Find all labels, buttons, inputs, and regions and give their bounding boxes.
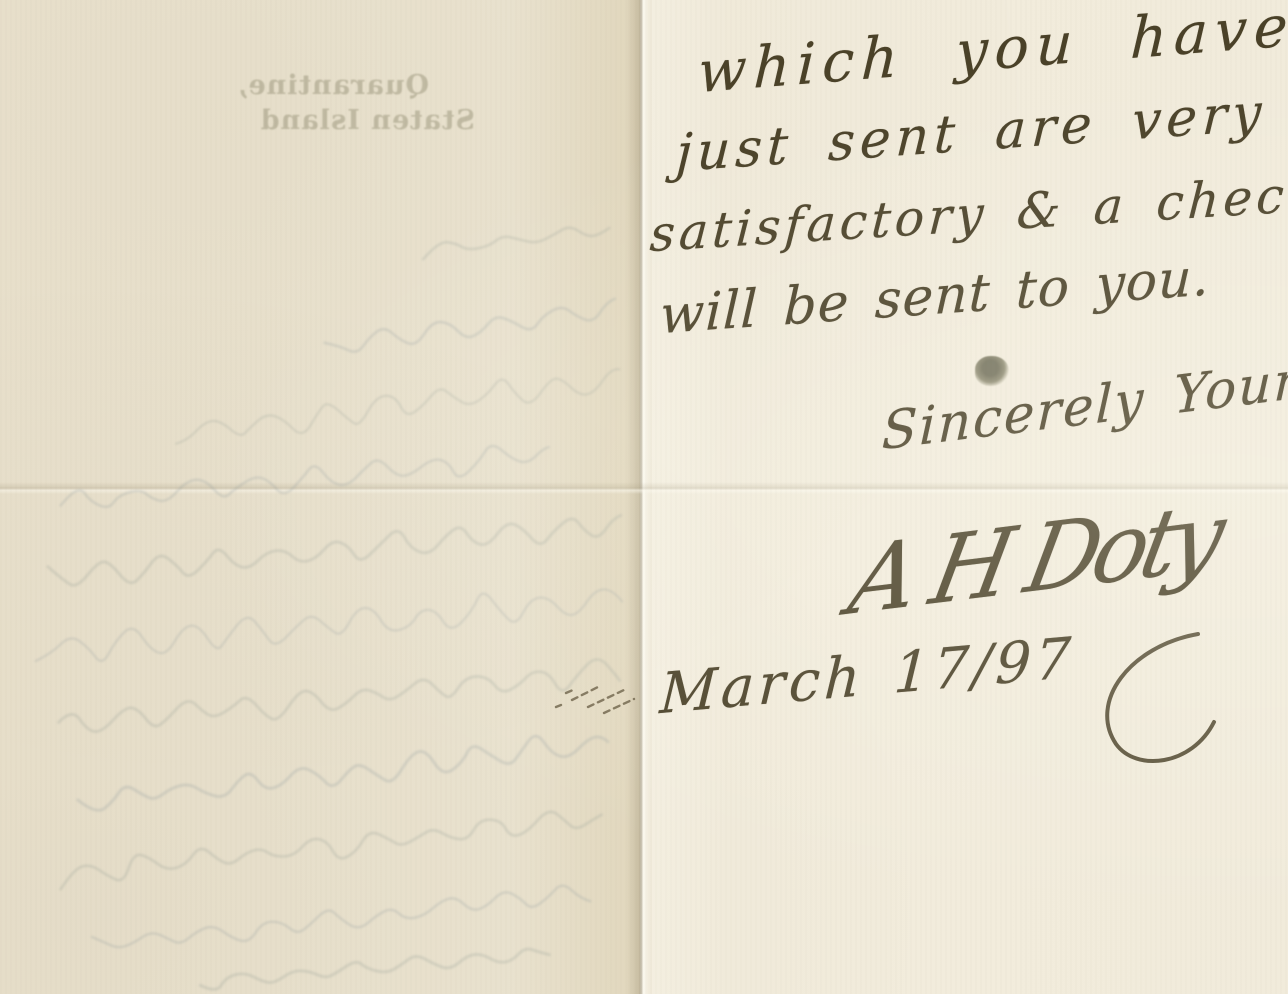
letter-scan: Quarantine, Staten Island which you have… (0, 0, 1288, 994)
horizontal-fold-crease (0, 482, 1288, 494)
letterhead-line2: Staten Island (225, 105, 475, 136)
left-page (0, 0, 640, 994)
letterhead-bleedthrough: Quarantine, Staten Island (225, 70, 475, 136)
vertical-fold-crease (626, 0, 656, 994)
letterhead-line1: Quarantine, (225, 70, 475, 101)
